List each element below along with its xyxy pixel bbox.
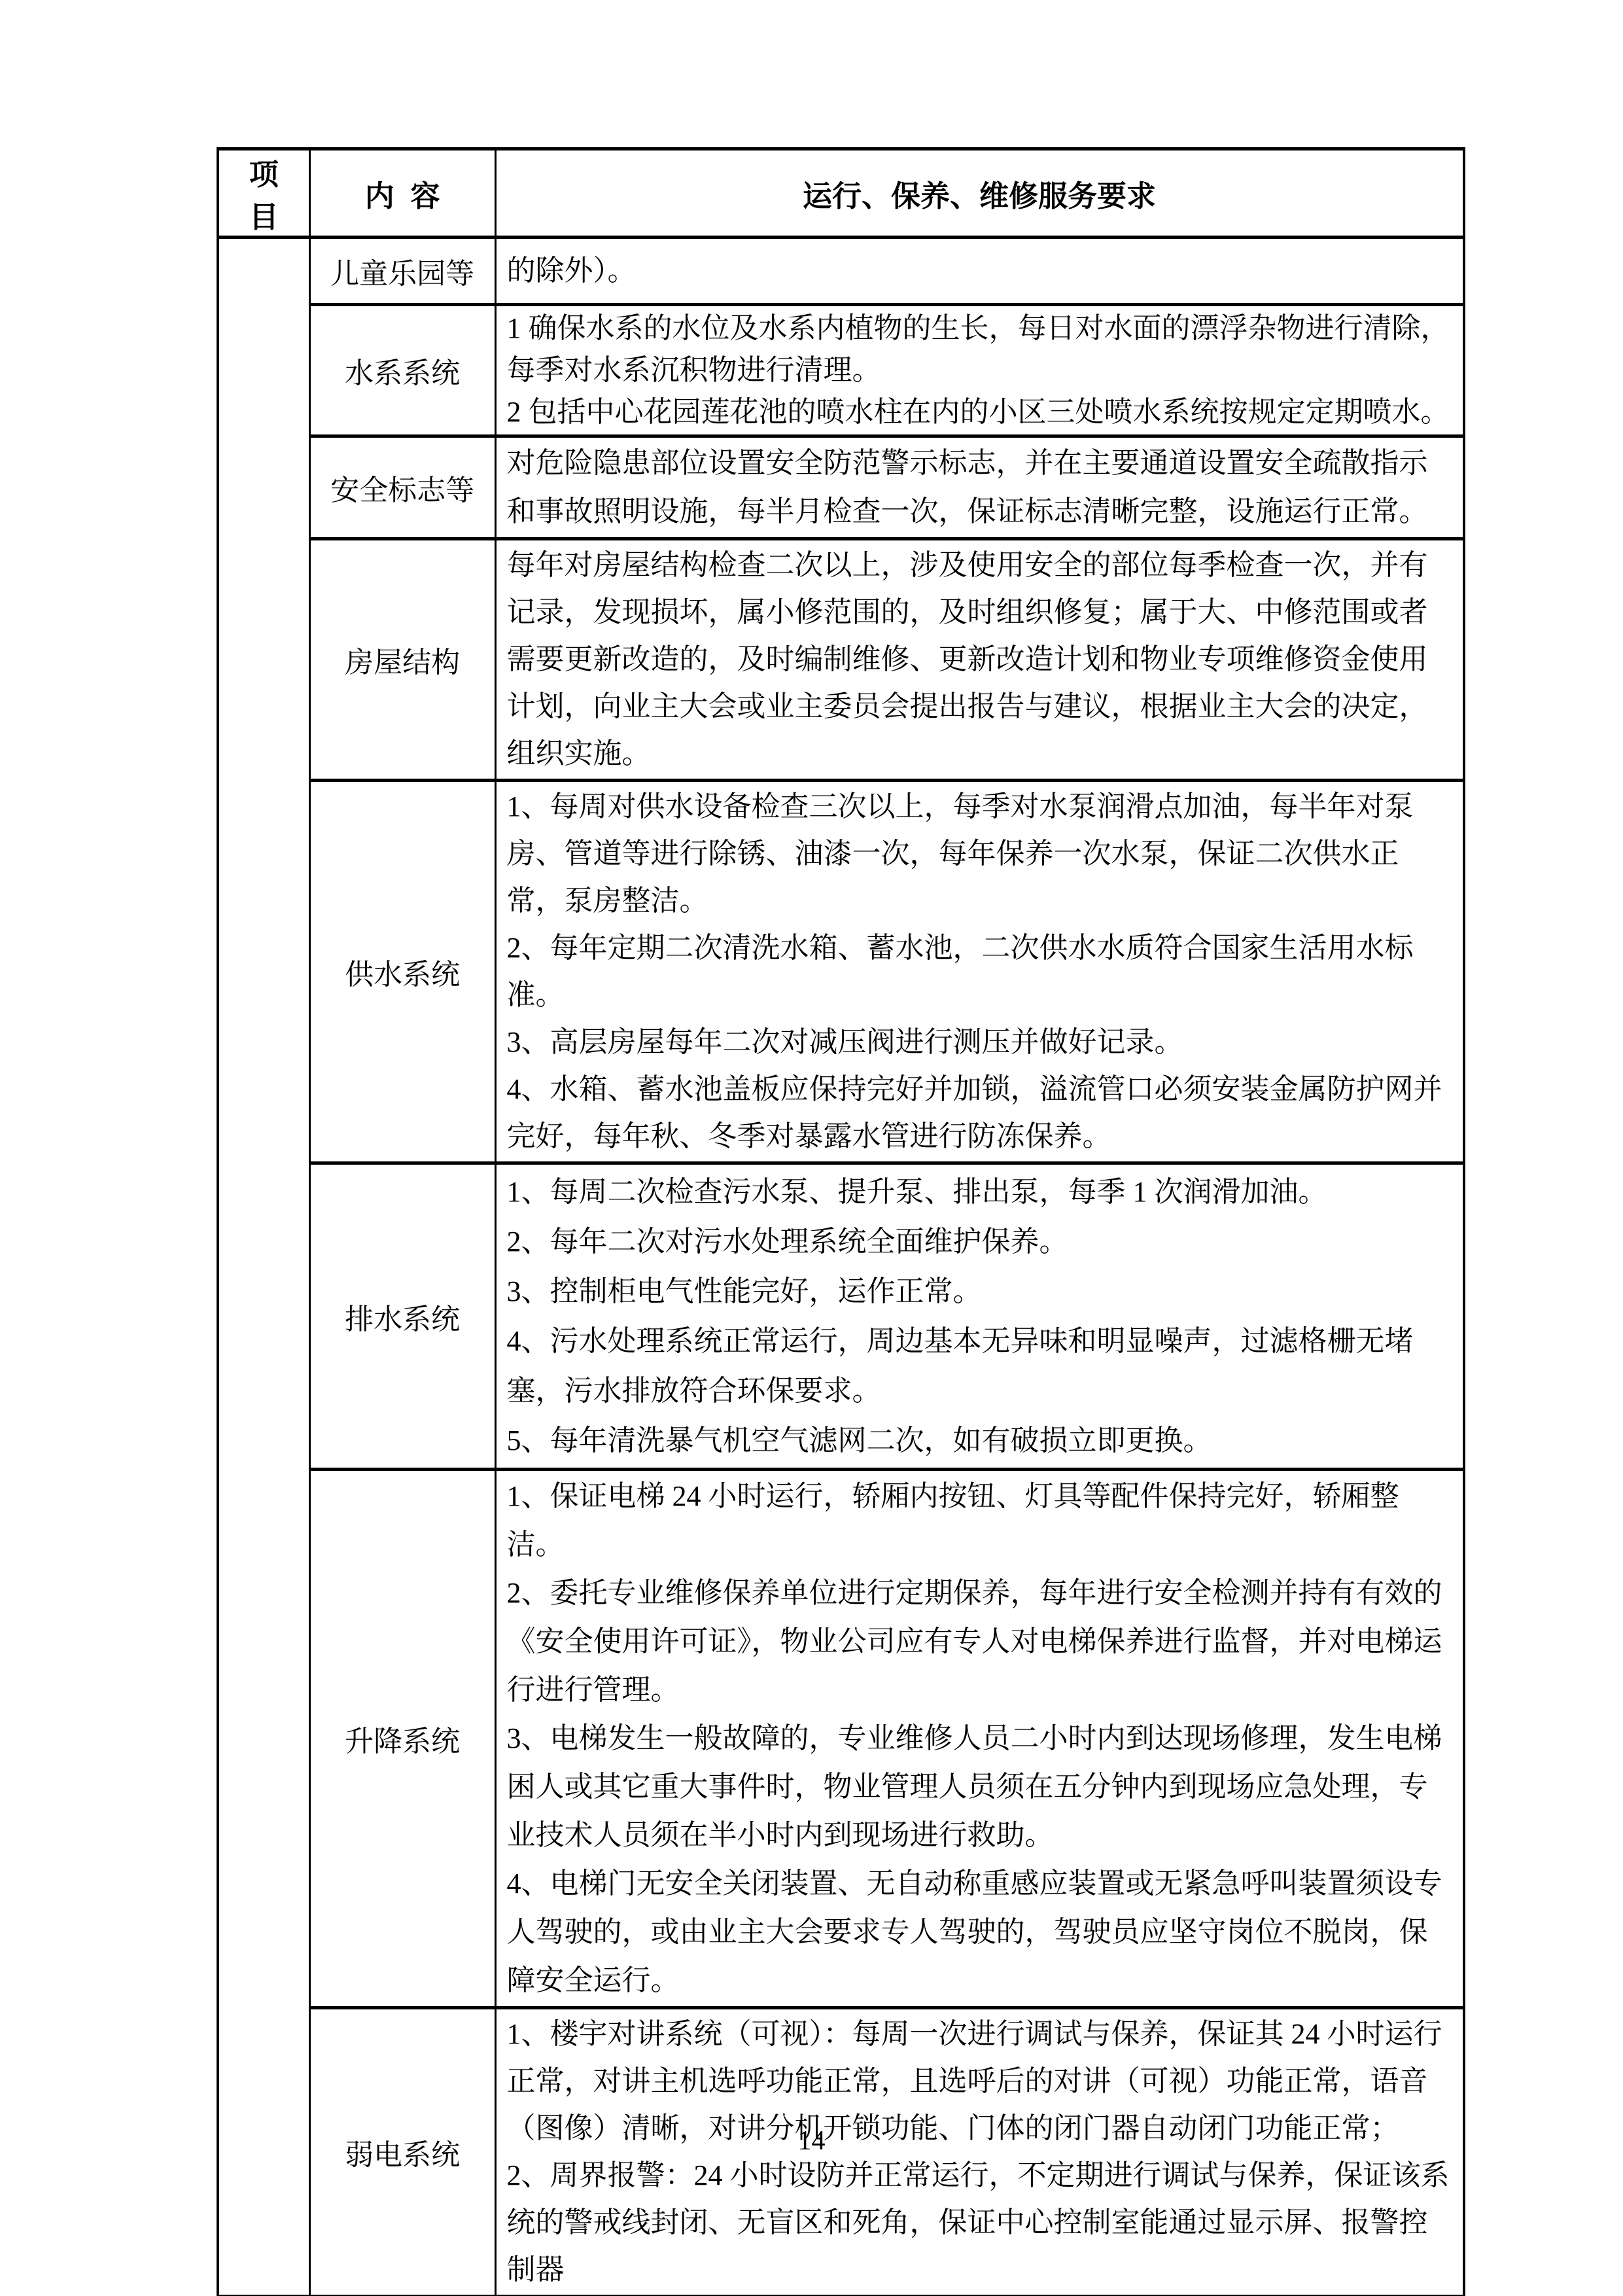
header-row: 项目 内容 运行、保养、维修服务要求 xyxy=(218,149,1464,238)
content-label: 儿童乐园等 xyxy=(309,238,495,305)
requirement-item: 4、电梯门无安全关闭装置、无自动称重感应装置或无紧急呼叫装置须设专人驾驶的，或由… xyxy=(507,1860,1455,2005)
requirement-item: 2、周界报警：24 小时设防并正常运行，不定期进行调试与保养，保证该系统的警戒线… xyxy=(507,2152,1455,2293)
requirement-item: 2 包括中心花园莲花池的喷水柱在内的小区三处喷水系统按规定定期喷水。 xyxy=(507,391,1455,433)
requirements-cell: 1、每周二次检查污水泵、提升泵、排出泵，每季 1 次润滑加油。2、每年二次对污水… xyxy=(495,1163,1464,1470)
requirements-cell: 的除外）。 xyxy=(495,238,1464,305)
requirement-item: 2、委托专业维修保养单位进行定期保养，每年进行安全检测并持有有效的《安全使用许可… xyxy=(507,1569,1455,1714)
requirements-cell: 1 确保水系的水位及水系内植物的生长，每日对水面的漂浮杂物进行清除，每季对水系沉… xyxy=(495,305,1464,436)
requirement-item: 每年对房屋结构检查二次以上，涉及使用安全的部位每季检查一次，并有记录，发现损坏，… xyxy=(507,542,1455,777)
table-row: 水系系统1 确保水系的水位及水系内植物的生长，每日对水面的漂浮杂物进行清除，每季… xyxy=(218,305,1464,436)
content-label: 房屋结构 xyxy=(309,539,495,781)
item-column-cell xyxy=(218,238,309,2296)
requirement-item: 4、污水处理系统正常运行，周边基本无异味和明显噪声，过滤格栅无堵塞，污水排放符合… xyxy=(507,1316,1455,1416)
col-header-content: 内容 xyxy=(309,149,495,238)
requirement-item: 1、每周二次检查污水泵、提升泵、排出泵，每季 1 次润滑加油。 xyxy=(507,1167,1455,1217)
col-header-item: 项目 xyxy=(218,149,309,238)
requirement-item: 5、每年清洗暴气机空气滤网二次，如有破损立即更换。 xyxy=(507,1416,1455,1466)
requirements-cell: 每年对房屋结构检查二次以上，涉及使用安全的部位每季检查一次，并有记录，发现损坏，… xyxy=(495,539,1464,781)
table-row: 排水系统1、每周二次检查污水泵、提升泵、排出泵，每季 1 次润滑加油。2、每年二… xyxy=(218,1163,1464,1470)
requirements-cell: 1、每周对供水设备检查三次以上，每季对水泵润滑点加油，每半年对泵房、管道等进行除… xyxy=(495,781,1464,1163)
content-label: 供水系统 xyxy=(309,781,495,1163)
table-header: 项目 内容 运行、保养、维修服务要求 xyxy=(218,149,1464,238)
table-row: 升降系统1、保证电梯 24 小时运行，轿厢内按钮、灯具等配件保持完好，轿厢整洁。… xyxy=(218,1470,1464,2008)
table-row: 儿童乐园等的除外）。 xyxy=(218,238,1464,305)
table-row: 供水系统1、每周对供水设备检查三次以上，每季对水泵润滑点加油，每半年对泵房、管道… xyxy=(218,781,1464,1163)
requirement-item: 3、电梯发生一般故障的，专业维修人员二小时内到达现场修理，发生电梯困人或其它重大… xyxy=(507,1714,1455,1860)
document-page: 项目 内容 运行、保养、维修服务要求 儿童乐园等的除外）。水系系统1 确保水系的… xyxy=(0,0,1623,2296)
page-number: 14 xyxy=(0,2125,1623,2157)
requirement-item: 对危险隐患部位设置安全防范警示标志，并在主要通道设置安全疏散指示和事故照明设施，… xyxy=(507,439,1455,536)
requirements-cell: 1、保证电梯 24 小时运行，轿厢内按钮、灯具等配件保持完好，轿厢整洁。2、委托… xyxy=(495,1470,1464,2008)
col-header-requirements: 运行、保养、维修服务要求 xyxy=(495,149,1464,238)
content-label: 升降系统 xyxy=(309,1470,495,2008)
table-row: 房屋结构每年对房屋结构检查二次以上，涉及使用安全的部位每季检查一次，并有记录，发… xyxy=(218,539,1464,781)
content-label: 安全标志等 xyxy=(309,436,495,539)
requirement-item: 3、控制柜电气性能完好，运作正常。 xyxy=(507,1267,1455,1316)
requirement-item: 2、每年定期二次清洗水箱、蓄水池，二次供水水质符合国家生活用水标准。 xyxy=(507,925,1455,1019)
requirement-item: 4、水箱、蓄水池盖板应保持完好并加锁，溢流管口必须安装金属防护网并完好，每年秋、… xyxy=(507,1066,1455,1160)
requirement-item: 1、每周对供水设备检查三次以上，每季对水泵润滑点加油，每半年对泵房、管道等进行除… xyxy=(507,783,1455,925)
content-label: 排水系统 xyxy=(309,1163,495,1470)
requirement-item: 2、每年二次对污水处理系统全面维护保养。 xyxy=(507,1217,1455,1267)
requirement-item: 3、高层房屋每年二次对减压阀进行测压并做好记录。 xyxy=(507,1019,1455,1066)
requirements-cell: 对危险隐患部位设置安全防范警示标志，并在主要通道设置安全疏散指示和事故照明设施，… xyxy=(495,436,1464,539)
requirement-item: 1、保证电梯 24 小时运行，轿厢内按钮、灯具等配件保持完好，轿厢整洁。 xyxy=(507,1472,1455,1569)
requirement-item: 的除外）。 xyxy=(507,247,1455,294)
content-label: 水系系统 xyxy=(309,305,495,436)
requirement-item: 1 确保水系的水位及水系内植物的生长，每日对水面的漂浮杂物进行清除，每季对水系沉… xyxy=(507,308,1455,391)
service-requirements-table: 项目 内容 运行、保养、维修服务要求 儿童乐园等的除外）。水系系统1 确保水系的… xyxy=(217,147,1465,2296)
table-body: 儿童乐园等的除外）。水系系统1 确保水系的水位及水系内植物的生长，每日对水面的漂… xyxy=(218,238,1464,2296)
table-row: 安全标志等对危险隐患部位设置安全防范警示标志，并在主要通道设置安全疏散指示和事故… xyxy=(218,436,1464,539)
